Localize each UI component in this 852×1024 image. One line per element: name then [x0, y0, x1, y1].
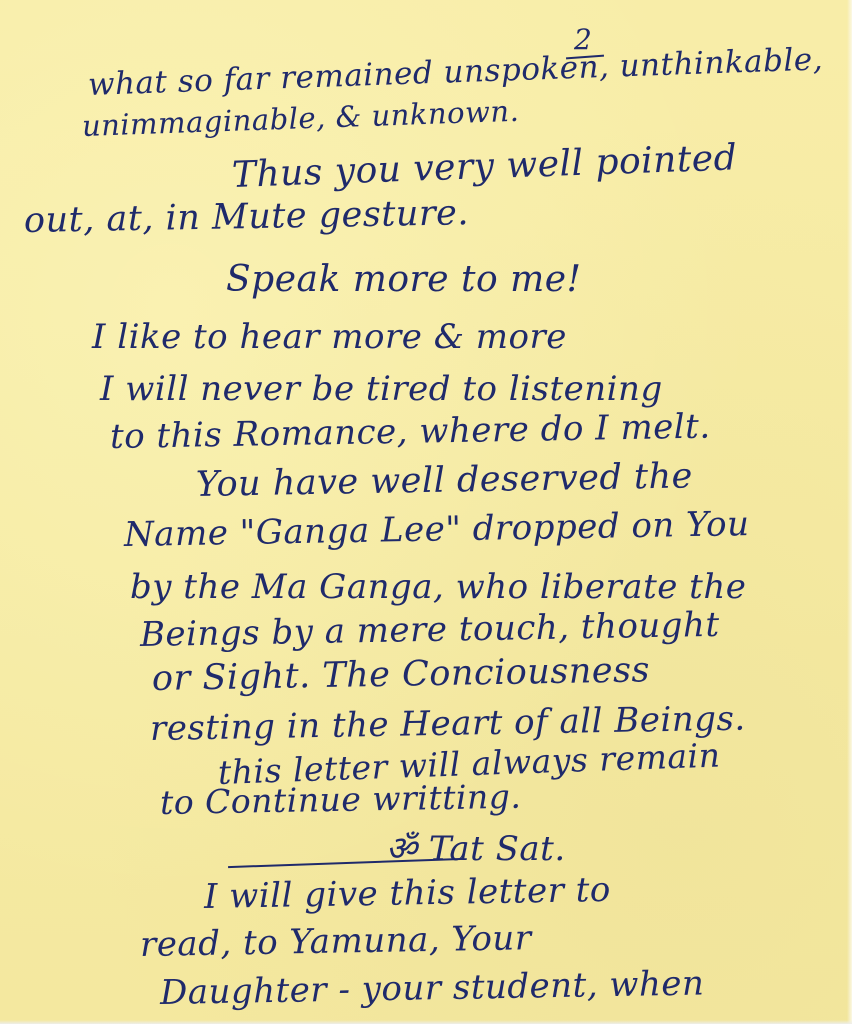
letter-line: unimmaginable, & unknown.	[81, 97, 519, 141]
paper-bottom-edge	[0, 1020, 852, 1024]
letter-line: Beings by a mere touch, thought	[140, 608, 720, 652]
letter-line: to Continue writting.	[160, 780, 522, 819]
letter-line: to this Romance, where do I melt.	[110, 410, 711, 454]
paper-right-edge	[847, 0, 852, 1024]
letter-line: Thus you very well pointed	[231, 140, 737, 194]
letter-line: I will never be tired to listening	[100, 372, 663, 406]
letter-line: I will give this letter to	[204, 873, 611, 914]
letter-line: I like to hear more & more	[92, 320, 567, 354]
letter-line: Daughter - your student, when	[160, 967, 705, 1010]
letter-line: or Sight. The Conciousness	[152, 653, 651, 697]
letter-line: read, to Yamuna, Your	[140, 921, 532, 962]
letter-line: You have well deserved the	[196, 459, 693, 503]
letter-line: what so far remained unspoken, unthinkab…	[87, 44, 823, 101]
handwritten-letter-page: 2 what so far remained unspoken, unthink…	[0, 0, 852, 1024]
letter-line: out, at, in Mute gesture.	[24, 196, 470, 239]
letter-line: Name "Ganga Lee" dropped on You	[124, 507, 750, 552]
letter-line: by the Ma Ganga, who liberate the	[130, 570, 746, 604]
letter-line: Speak more to me!	[226, 262, 582, 298]
